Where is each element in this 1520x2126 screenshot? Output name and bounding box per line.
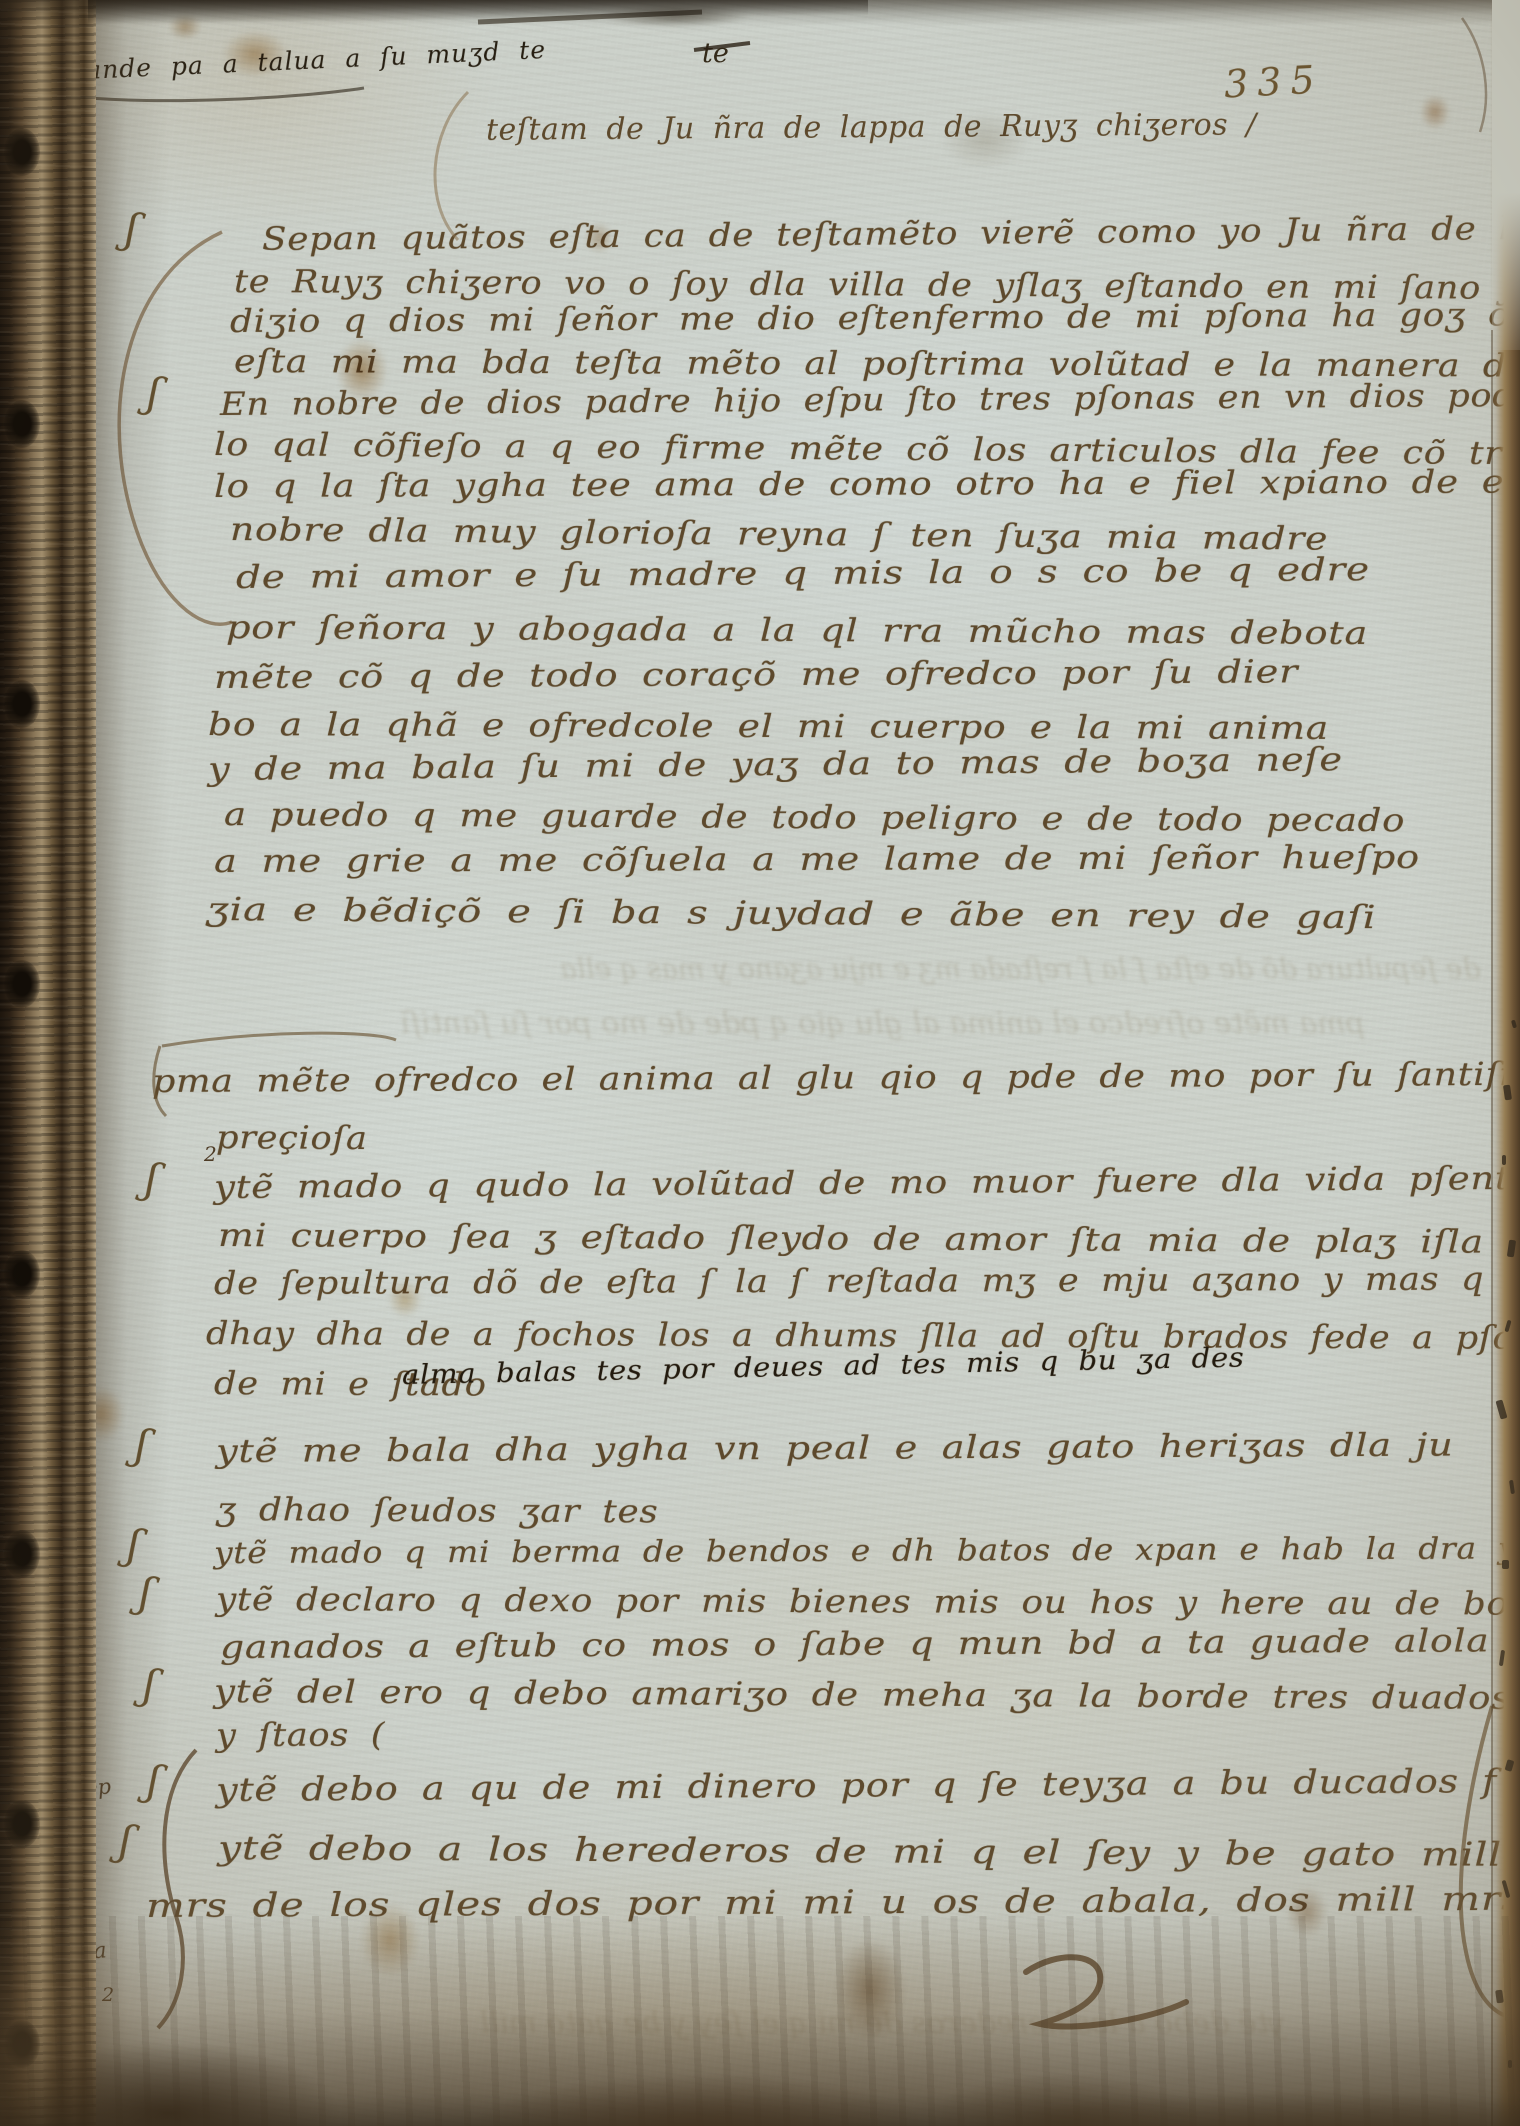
top-page-edge-dark xyxy=(88,0,868,25)
corner-fold-line xyxy=(1462,18,1486,132)
hand-line-item-manda-iglesia: ytẽ me bala dha ygha vn peal e alas gato… xyxy=(216,1426,1454,1470)
hand-line-item-manda-iglesia: ʒ dhao ſeudos ʒar tes xyxy=(216,1490,659,1530)
fore-edge-ink-speck xyxy=(1499,1650,1505,1666)
stain xyxy=(1420,94,1450,130)
hand-line-opening: nobre dla muy glorioſa reyna ſ ten ſuʒa … xyxy=(230,510,1329,558)
fore-edge-ink-speck xyxy=(1509,1480,1515,1494)
paragraph-mark-icon: ʃ xyxy=(145,1759,163,1802)
paragraph-mark-icon: ʃ xyxy=(137,1571,155,1614)
hand-line-opening: a me grie a me cõſuela a me lame de mi ſ… xyxy=(214,838,1420,880)
top-page-edge xyxy=(0,0,1520,26)
archival-note: eſande pa a talua a ſu muʒd te xyxy=(60,35,547,86)
margin-note: 2 xyxy=(204,1142,217,1166)
hand-line-opening: En nobre de dios padre hijo eſpu ſto tre… xyxy=(220,375,1520,423)
fore-edge-ink-speck xyxy=(1502,1560,1509,1569)
bleed-through-text: de ſepultura dõ de eſta ſ la ſ reſtada m… xyxy=(560,952,1480,985)
paragraph-mark-icon: ʃ xyxy=(117,1819,135,1862)
hand-line-item-dinero: y ſtaos ( xyxy=(216,1715,385,1754)
hand-line-opening: de mi amor e ſu madre q mis la o s co be… xyxy=(236,550,1370,596)
binding-knot xyxy=(4,1530,40,1578)
title-heading: teſtam de Ju ñra de lappa de Ruyʒ chiʒer… xyxy=(486,107,1257,147)
hand-line-item-sepultura: ytẽ mado q qudo la volũtad de mo muor fu… xyxy=(214,1159,1520,1206)
book-spine-binding xyxy=(0,0,96,2126)
note-underline-stroke xyxy=(68,88,364,101)
binding-knot xyxy=(4,1800,40,1848)
hand-line-item-debo-ducados: ytẽ debo a qu de mi dinero por q ſe teyʒ… xyxy=(216,1761,1520,1809)
paragraph-mark-icon: ʃ xyxy=(125,1523,143,1566)
hand-line-opening: diʒio q dios mi ſeñor me dio eſtenfermo … xyxy=(230,295,1520,340)
hand-line-opening: lo q la ſta ygha tee ama de como otro ha… xyxy=(214,462,1520,505)
hand-line-item-herederos: mrs de los qles dos por mi mi u os de ab… xyxy=(146,1879,1520,1925)
binding-knot xyxy=(4,400,40,448)
paragraph-mark-icon: ʃ xyxy=(141,1663,159,1706)
binding-knot xyxy=(4,1250,40,1298)
fore-edge-ink-speck xyxy=(1496,1399,1508,1419)
hand-line-opening: ʒia e bẽdiçõ e ſi ba s juydad e ãbe en r… xyxy=(206,890,1377,936)
fore-edge-ink-speck xyxy=(1502,1155,1506,1165)
page-number: 335 xyxy=(1223,57,1325,106)
hand-line-opening: bo a la qhã e ofredcole el mi cuerpo e l… xyxy=(208,705,1329,747)
hand-line-item-dinero: ytẽ del ero q debo amariʒo de meha ʒa la… xyxy=(214,1672,1511,1717)
hand-line-opening: a puedo q me guarde de todo peligro e de… xyxy=(224,795,1405,839)
hand-line-manda-anima: pma mẽte ofredco el anima al glu qio q p… xyxy=(152,1055,1512,1100)
catchword: te xyxy=(702,38,729,69)
stain xyxy=(168,14,202,40)
hand-line-item-herederos: ytẽ debo a los herederos de mi q el ſey … xyxy=(218,1828,1502,1874)
hand-line-manda-anima: preçioſa xyxy=(216,1118,368,1157)
manuscript-page: pma mẽte ofredco el anima al glu qio q p… xyxy=(0,0,1520,2126)
top-smudge xyxy=(600,4,750,28)
fore-edge-ink-speck xyxy=(1507,1240,1516,1258)
margin-note: 2 xyxy=(102,1984,114,2006)
paragraph-mark-icon: ʃ xyxy=(143,1157,161,1200)
hand-line-opening: Sepan quãtos eſta ca de teſtamẽto vierẽ … xyxy=(262,208,1520,258)
fore-edge-line xyxy=(1491,330,1493,2126)
paragraph-mark-icon: ʃ xyxy=(123,207,141,250)
binding-knot xyxy=(4,960,40,1008)
hand-line-opening: y de ma bala ſu mi de yaʒ da to mas de b… xyxy=(208,740,1343,788)
hand-line-item-hermana: ytẽ mado q mi berma de bendos e dh batos… xyxy=(214,1531,1520,1571)
binding-knot xyxy=(4,128,40,176)
top-stroke xyxy=(478,12,702,22)
binding-knot xyxy=(4,680,40,728)
fore-edge-ink-speck xyxy=(1495,1990,1504,2004)
hand-line-item-bienes: ytẽ declaro q dexo por mis bienes mis ou… xyxy=(216,1580,1520,1623)
hand-line-item-bienes: ganados a eſtub co mos o ſabe q mun bd a… xyxy=(220,1621,1490,1666)
fore-edge-ink-speck xyxy=(1508,2060,1512,2068)
hand-line-item-sepultura: de ſepultura dõ de eſta ſ la ſ reſtada m… xyxy=(214,1259,1520,1302)
bleed-through-text: ytẽ debo a los herederos de mi q el ſey … xyxy=(480,2006,1286,2041)
bleed-through-text: pma mẽte ofredco el anima al glu qio q p… xyxy=(400,1006,1365,1041)
hand-line-opening: por ſeñora y abogada a la ql rra mũcho m… xyxy=(226,608,1368,652)
fore-edge-ink-speck xyxy=(1511,1020,1517,1029)
paragraph-mark-icon: ʃ xyxy=(133,1423,151,1466)
hand-line-item-sepultura: mi cuerpo ſea ʒ eſtado ſleydo de amor ſt… xyxy=(218,1216,1484,1261)
hand-line-opening: mẽte cõ q de todo coraçõ me ofredco por … xyxy=(214,652,1298,696)
paragraph-mark-icon: ʃ xyxy=(145,371,163,414)
binding-knot xyxy=(4,2020,40,2068)
